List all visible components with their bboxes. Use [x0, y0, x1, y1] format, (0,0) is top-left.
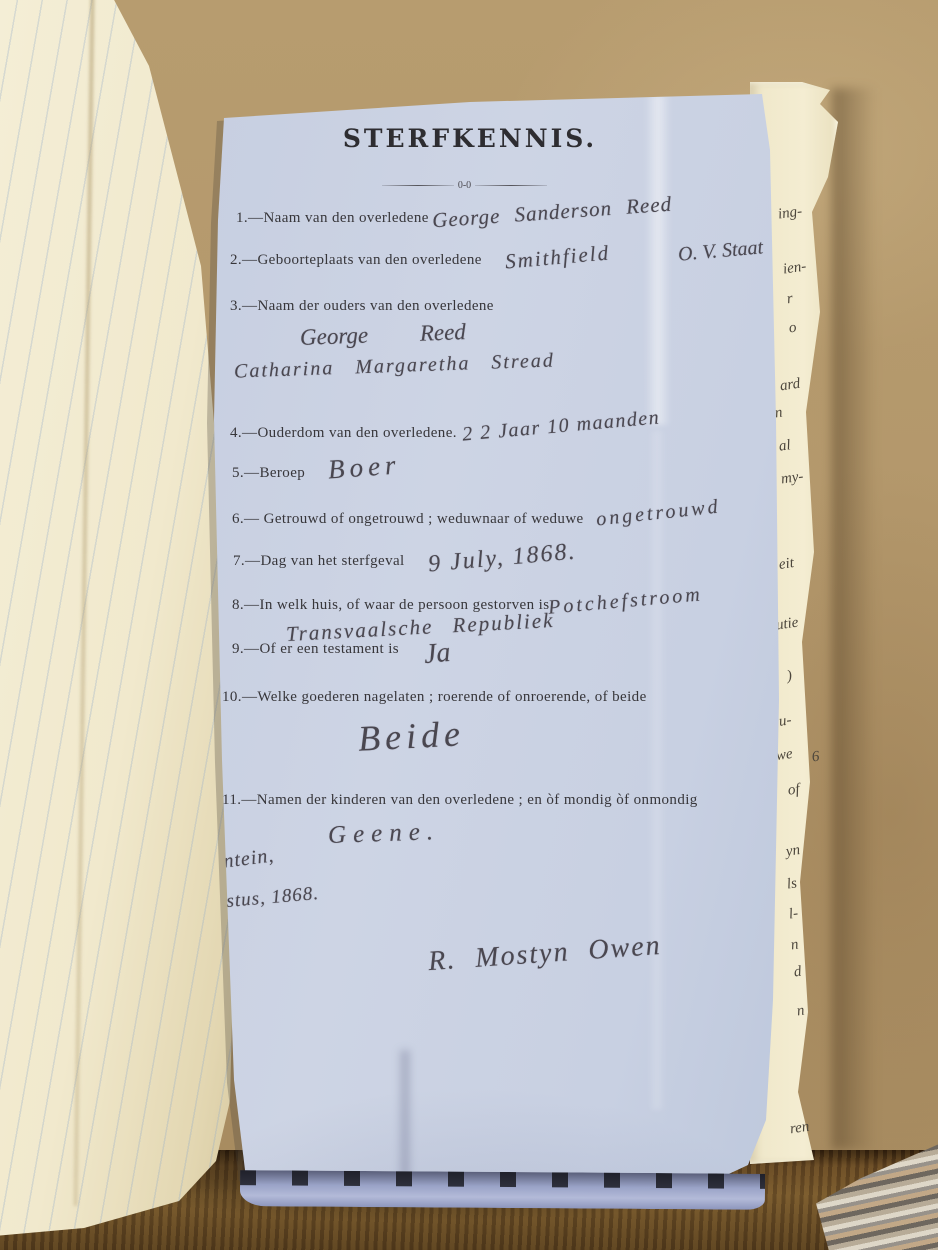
archival-photo-scene: ing- ien- r o ard n al my- eit utie ) u-…	[0, 0, 938, 1250]
item-11-label: 11.—Namen der kinderen van den overleden…	[222, 792, 698, 809]
edge-fragment: ls	[786, 875, 798, 893]
item-2-value2: O. V. Staat	[677, 236, 764, 266]
edge-fragment: 6	[811, 749, 821, 767]
item-10-label: 10.—Welke goederen nagelaten ; roerende …	[222, 689, 647, 706]
item-4-value: 2 2 Jaar 10 maanden	[461, 406, 661, 446]
item-6-label: 6.— Getrouwd of ongetrouwd ; weduwnaar o…	[232, 511, 584, 528]
page-crease	[645, 95, 671, 425]
item-7-value: 9 July, 1868.	[427, 539, 577, 579]
edge-fragment: utie	[775, 615, 800, 635]
left-notebook-page	[0, 0, 246, 1242]
divider-line	[382, 185, 454, 186]
edge-fragment: of	[787, 781, 801, 799]
edge-fragment: yn	[785, 842, 801, 861]
form-title: STERFKENNIS.	[340, 124, 600, 153]
item-1-label: 1.—Naam van den overledene	[236, 210, 429, 227]
item-3-value2: Catharina Margaretha Stread	[234, 349, 555, 383]
edge-fragment: o	[788, 320, 798, 338]
edge-fragment: al	[778, 437, 792, 455]
left-page-crease	[74, 0, 95, 1206]
item-9-value: Ja	[423, 637, 452, 671]
item-10-value: Beide	[357, 712, 466, 760]
item-4-label: 4.—Ouderdom van den overledene.	[230, 425, 457, 442]
item-3-label: 3.—Naam der ouders van den overledene	[230, 298, 494, 315]
item-7-label: 7.—Dag van het sterfgeval	[233, 553, 405, 570]
title-divider: 0-0	[382, 180, 547, 191]
item-8-value: Potchefstroom	[547, 583, 703, 619]
item-11-value: Geene.	[328, 818, 441, 850]
edge-fragment: eit	[778, 555, 795, 574]
edge-fragment: ard	[779, 376, 801, 396]
edge-fragment: d	[793, 964, 803, 982]
page-stack-edge	[240, 1170, 765, 1210]
page-crease	[648, 430, 666, 1110]
divider-line	[475, 185, 547, 186]
item-5-label: 5.—Beroep	[232, 465, 305, 482]
item-1-value: George Sanderson Reed	[431, 192, 673, 234]
item-2-label: 2.—Geboorteplaats van den overledene	[230, 252, 482, 269]
edge-fragment: ien-	[782, 258, 807, 278]
cardboard-shadow	[832, 88, 876, 1150]
item-3-value: George Reed	[300, 319, 467, 351]
edge-fragment: u-	[778, 712, 793, 731]
edge-fragment: ing-	[777, 203, 803, 223]
edge-fragment: my-	[780, 469, 805, 489]
signature: R. Mostyn Owen	[427, 930, 663, 978]
divider-ornament: 0-0	[458, 180, 471, 191]
item-5-value: Boer	[327, 450, 401, 486]
edge-fragment: ren	[789, 1119, 811, 1139]
item-2-value: Smithfield	[504, 240, 611, 274]
